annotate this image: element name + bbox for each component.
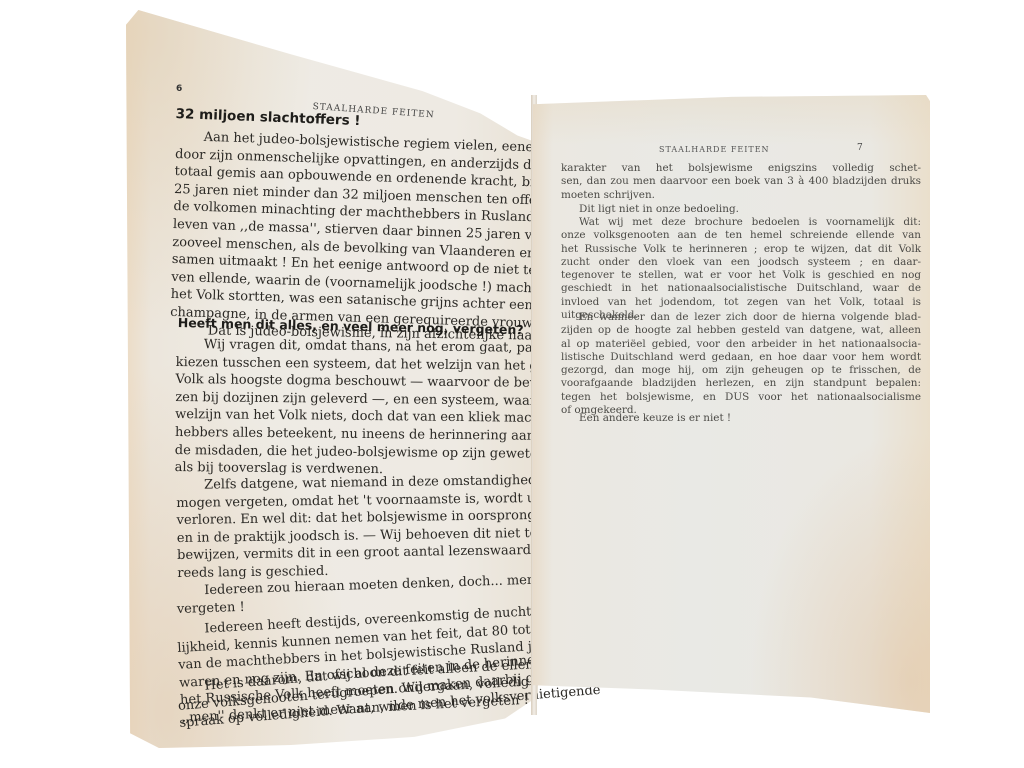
- page-number-right: 7: [857, 143, 863, 153]
- left-paragraph-3: Wij vragen dit, omdat thans, na het erom…: [175, 336, 528, 480]
- left-paragraph-1: Aan het judeo-bolsjewistische regiem vie…: [170, 128, 528, 332]
- open-book-scene: 6 STAALHARDE FEITEN 32 miljoen slachtoff…: [0, 0, 1024, 768]
- running-head-right: STAALHARDE FEITEN: [659, 145, 770, 154]
- page-number-left: 6: [176, 84, 182, 94]
- right-paragraph-5: Een andere keuze is er niet !: [561, 412, 921, 425]
- left-paragraph-4: Zelfs datgene, wat niemand in deze omsta…: [176, 472, 529, 582]
- right-paragraph-2: Dit ligt niet in onze bedoeling.: [561, 203, 921, 216]
- right-paragraph-3: Wat wij met deze brochure bedoelen is vo…: [561, 216, 921, 322]
- right-paragraph-1: karakter van het bolsjewisme enigszins v…: [561, 162, 921, 202]
- right-paragraph-4: En wanneer dan de lezer zich door de hie…: [561, 311, 921, 417]
